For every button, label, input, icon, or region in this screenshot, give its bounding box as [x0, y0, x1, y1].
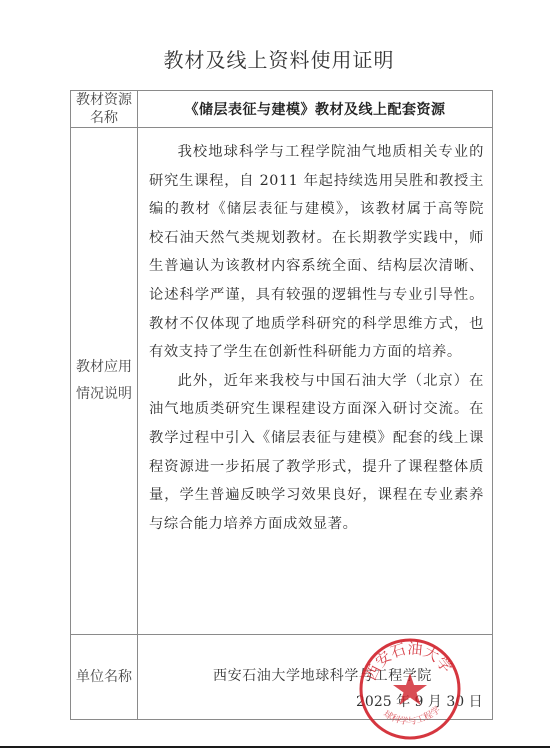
unit-name-label: 单位名称 [71, 635, 138, 720]
document-title: 教材及线上资料使用证明 [0, 44, 550, 73]
usage-description-label: 教材应用 情况说明 [71, 128, 138, 635]
usage-paragraph-2: 此外，近年来我校与中国石油大学（北京）在油气地质类研究生课程建设方面深入研讨交流… [149, 367, 484, 539]
unit-name-value: 西安石油大学地球科学与工程学院 [213, 665, 432, 685]
resource-name-label: 教材资源 名称 [71, 91, 138, 128]
table-row-usage-description: 教材应用 情况说明 我校地球科学与工程学院油气地质相关专业的研究生课程，自 20… [71, 128, 493, 635]
certificate-table: 教材资源 名称 《储层表征与建模》教材及线上配套资源 教材应用 情况说明 我校地… [70, 90, 493, 720]
signature-date: 2025 年 9 月 30 日 [356, 691, 483, 711]
usage-description-value: 我校地球科学与工程学院油气地质相关专业的研究生课程，自 2011 年起持续选用吴… [138, 128, 493, 635]
table-row-unit-name: 单位名称 西安石油大学地球科学与工程学院 2025 年 9 月 30 日 [71, 635, 493, 720]
table-row-resource-name: 教材资源 名称 《储层表征与建模》教材及线上配套资源 [71, 91, 493, 128]
unit-name-cell: 西安石油大学地球科学与工程学院 2025 年 9 月 30 日 [138, 635, 493, 720]
resource-name-value: 《储层表征与建模》教材及线上配套资源 [138, 91, 493, 128]
usage-paragraph-1: 我校地球科学与工程学院油气地质相关专业的研究生课程，自 2011 年起持续选用吴… [149, 138, 484, 367]
